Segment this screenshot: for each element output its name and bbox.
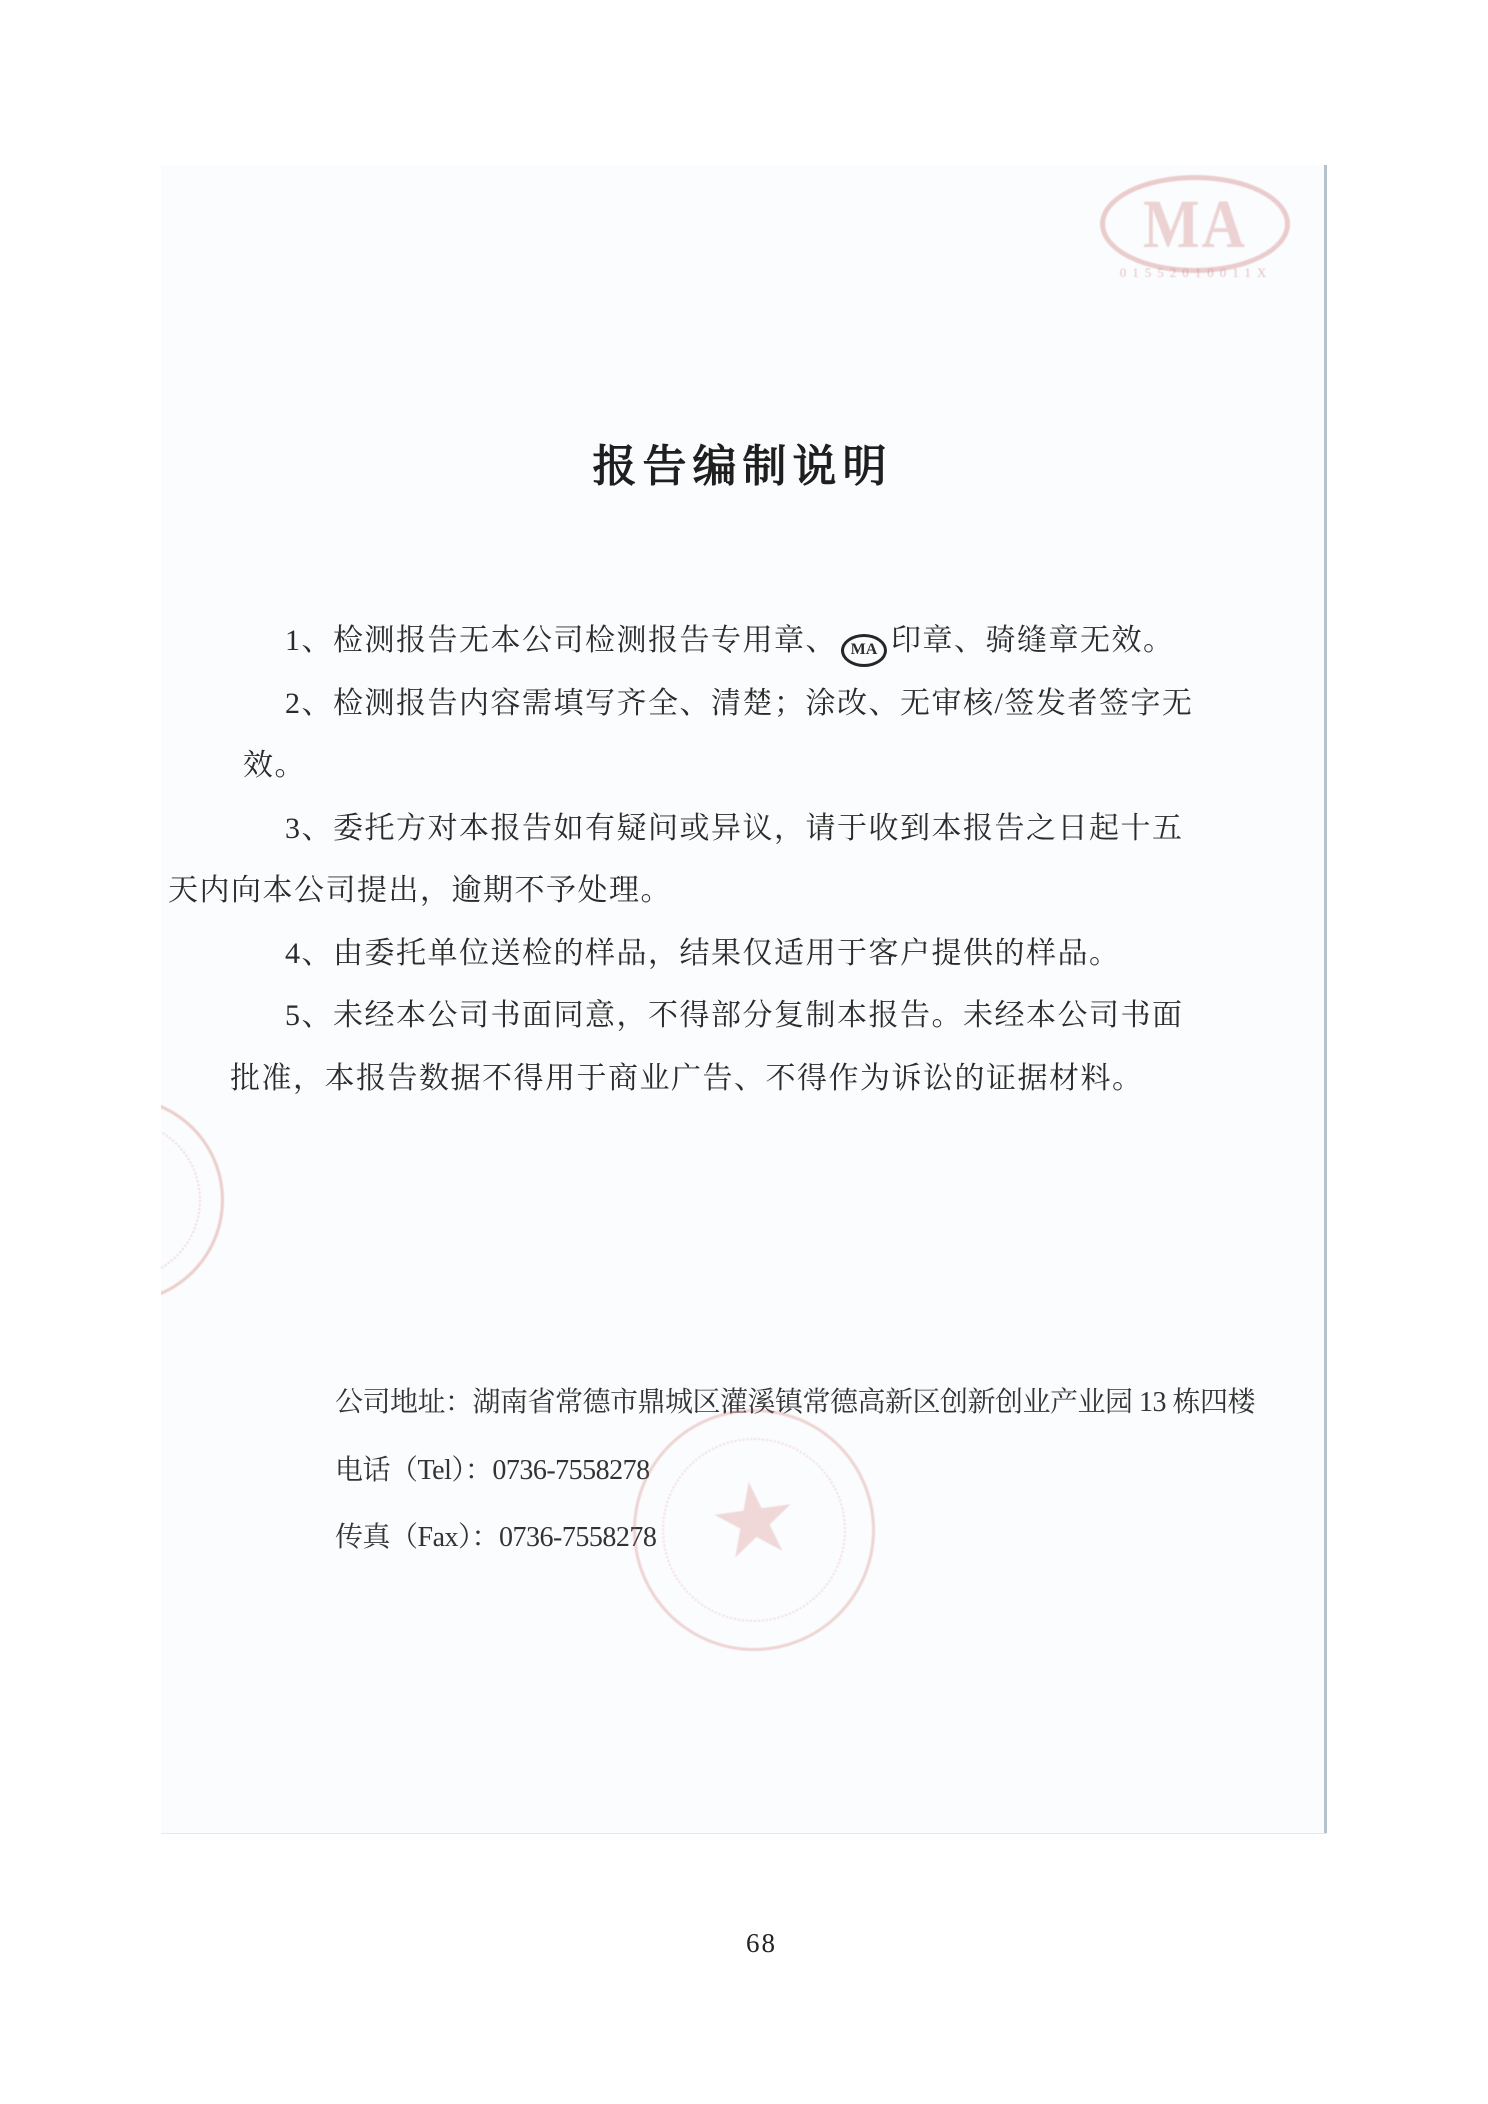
note-2-line-2: 效。 [243, 740, 306, 784]
note-4: 4、由委托单位送检的样品，结果仅适用于客户提供的样品。 [285, 928, 1121, 972]
note-2-line-1: 2、检测报告内容需填写齐全、清楚；涂改、无审核/签发者签字无 [285, 678, 1193, 722]
company-round-seal: ★ [633, 1409, 875, 1651]
cma-certification-stamp: MA [1100, 175, 1290, 273]
note-3-line-1: 3、委托方对本报告如有疑问或异议，请于收到本报告之日起十五 [285, 803, 1184, 847]
note-1-text-post: 印章、骑缝章无效。 [891, 624, 1175, 657]
note-3-line-2: 天内向本公司提出，逾期不予处理。 [168, 865, 672, 909]
note-5-line-2: 批准，本报告数据不得用于商业广告、不得作为诉讼的证据材料。 [230, 1053, 1144, 1097]
page-number: 68 [746, 1928, 777, 1959]
cma-stamp-letters: MA [1143, 190, 1247, 259]
partial-left-seal [161, 1097, 224, 1303]
seal-star-icon: ★ [630, 1454, 878, 1586]
company-fax: 传真（Fax）：0736-7558278 [335, 1515, 656, 1555]
page-title: 报告编制说明 [161, 430, 1324, 494]
company-address: 公司地址：湖南省常德市鼎城区灌溪镇常德高新区创新创业产业园 13 栋四楼 [335, 1380, 1255, 1420]
company-tel: 电话（Tel）：0736-7558278 [335, 1448, 650, 1488]
note-1: 1、检测报告无本公司检测报告专用章、MA印章、骑缝章无效。 [285, 615, 1175, 667]
cma-mark-icon: MA [841, 634, 887, 667]
report-notes-page: { "title": "报告编制说明", "cma_mark": { "labe… [0, 0, 1488, 2104]
note-5-line-1: 5、未经本公司书面同意，不得部分复制本报告。未经本公司书面 [285, 990, 1184, 1034]
note-1-text-pre: 1、检测报告无本公司检测报告专用章、 [285, 624, 837, 657]
seal-inner-ring [161, 1120, 201, 1280]
scanned-report-page: MA 01552010011X 报告编制说明 1、检测报告无本公司检测报告专用章… [161, 165, 1327, 1833]
cma-mark-label: MA [851, 642, 878, 658]
cma-stamp-code: 01552010011X [1111, 265, 1281, 281]
